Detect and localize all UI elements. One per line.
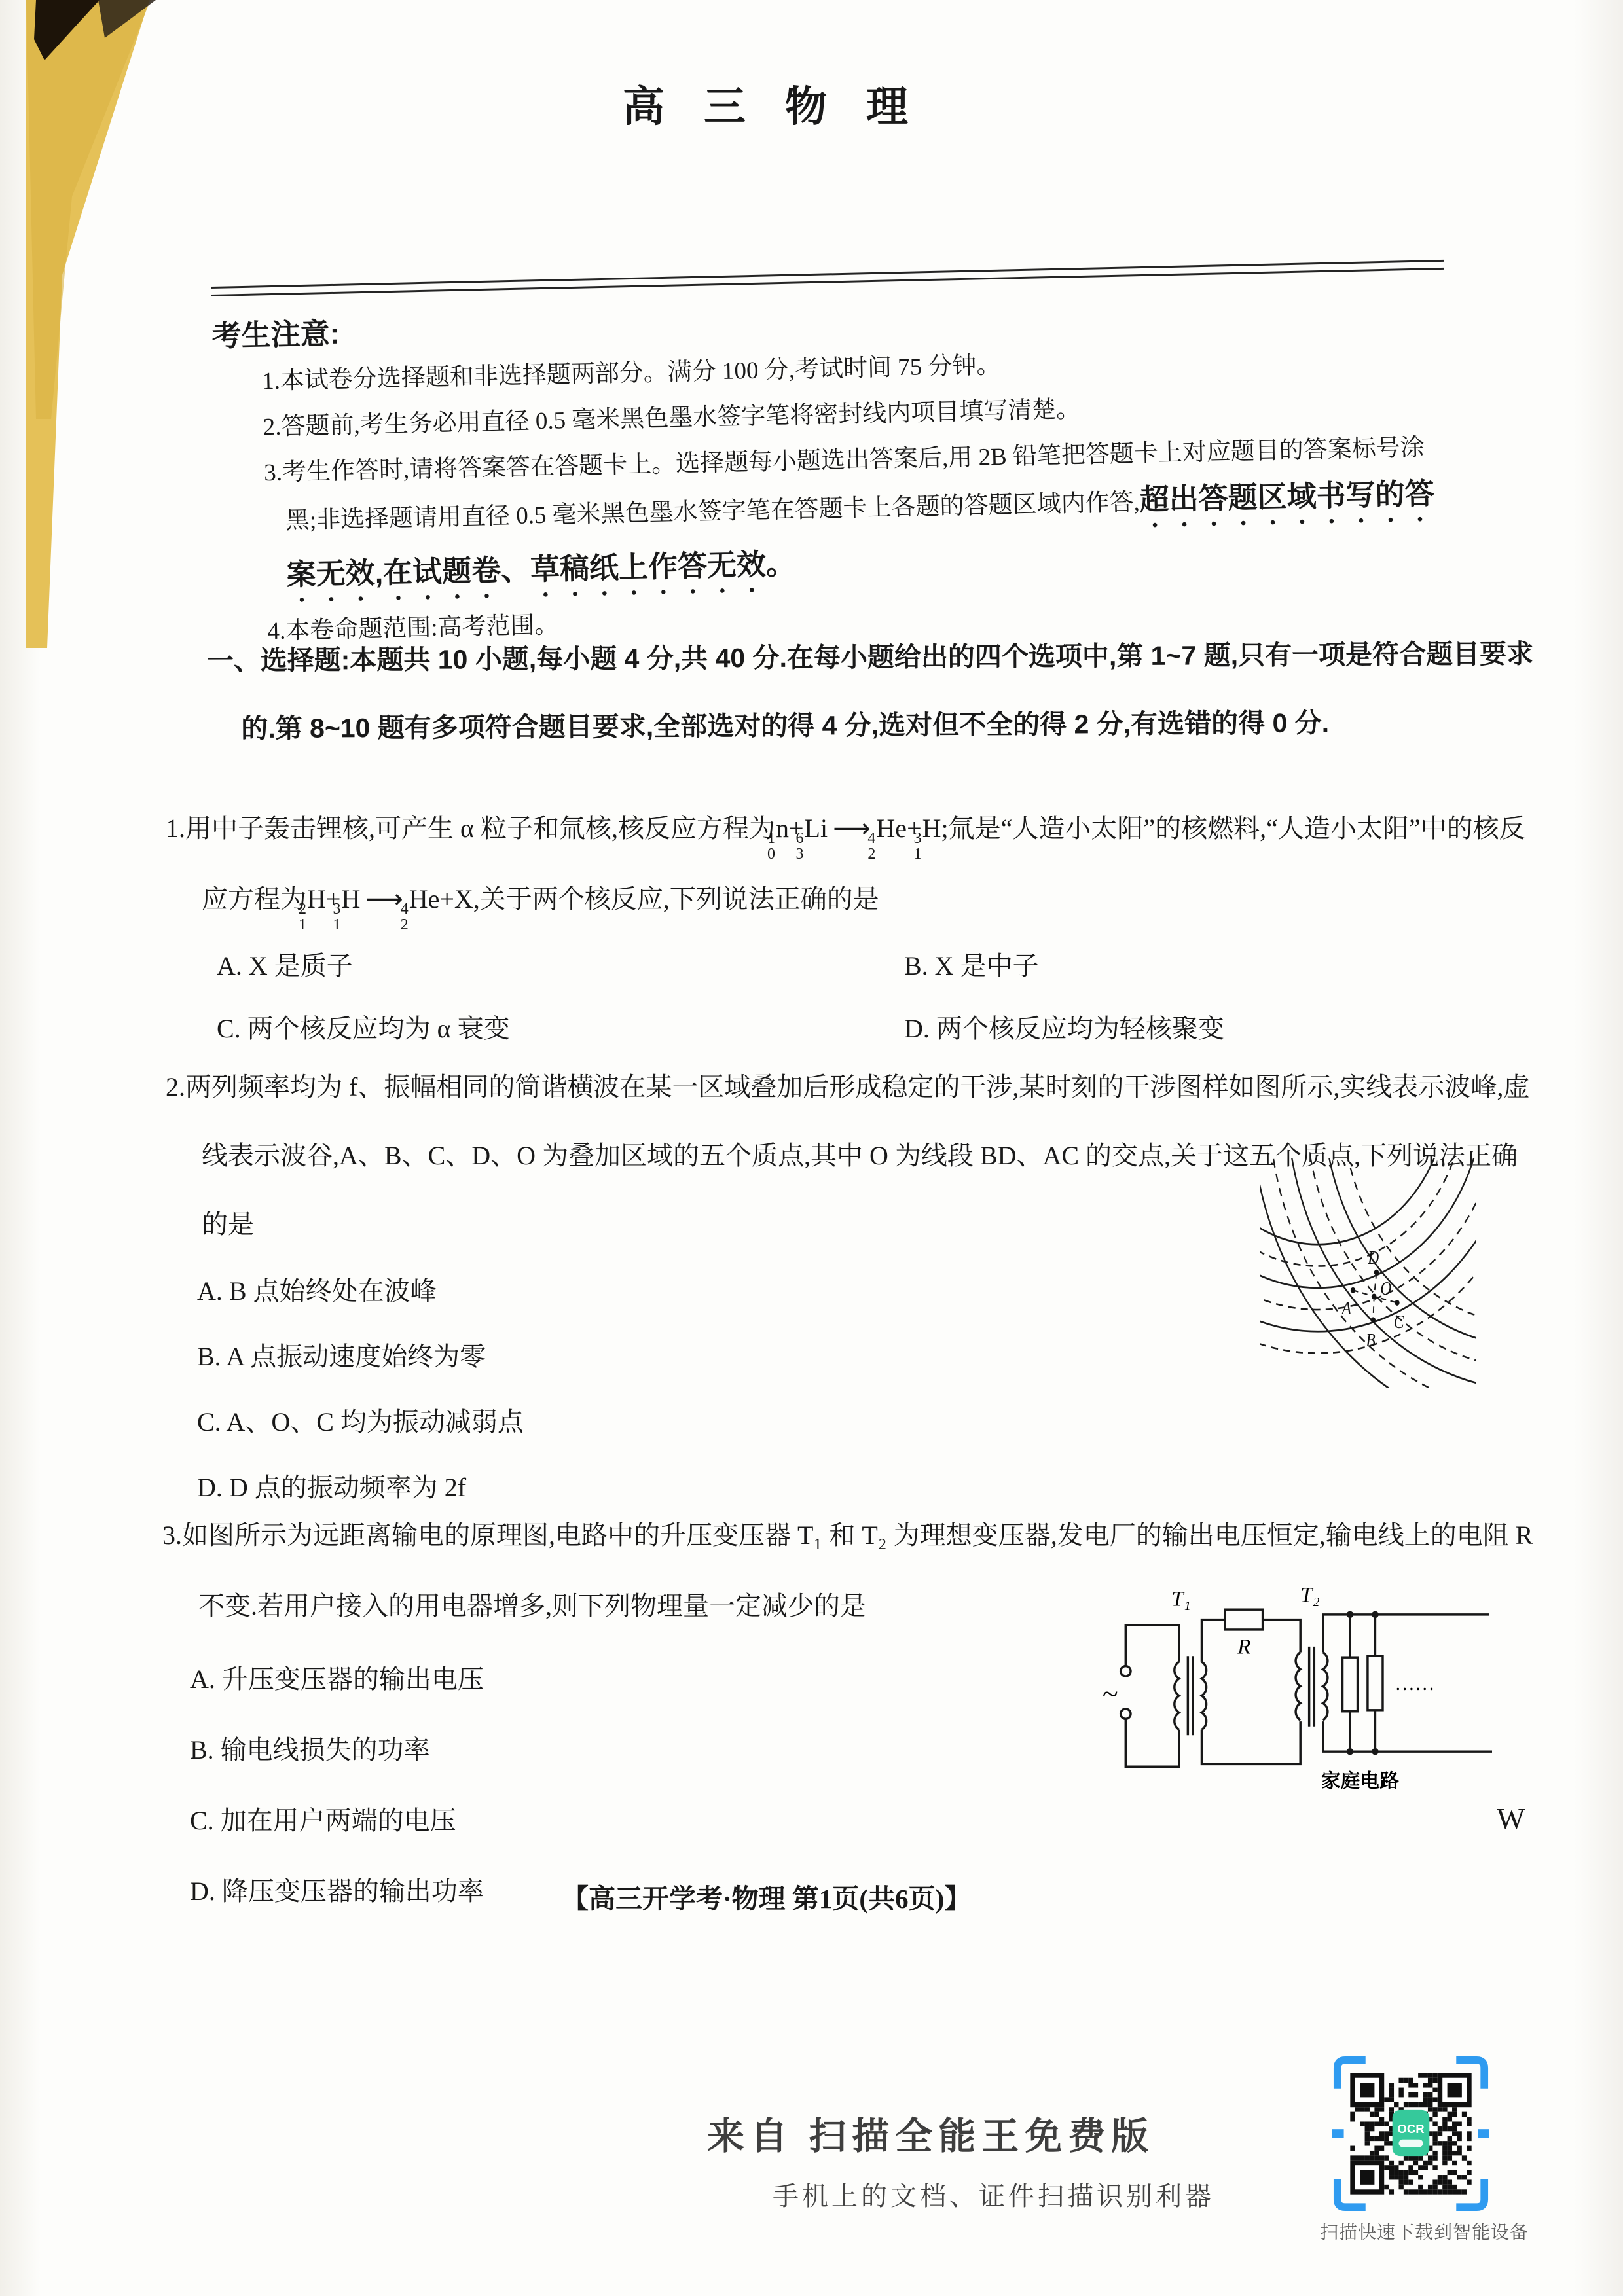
page-title: 高 三 物 理 [0,73,1545,134]
plus-sign: + [439,884,454,914]
nuclide-h2: 21H [306,884,326,914]
q1-option-b: B. X 是中子 [904,935,1039,997]
nuclide-symbol: He [876,814,907,843]
nuclide-n: 10n [775,814,789,843]
nuclide-h3: 31H [922,814,941,843]
nuclide-symbol: H [307,884,326,914]
transformer-t1-label: T₁ [1171,1587,1191,1611]
question-1-stem: 1.用中子轰击锂核,可产生 α 粒子和氚核,核反应方程为10n+63Li⟶42H… [166,793,1527,935]
point-label-o: O [1380,1278,1391,1299]
q1-stem-a: 1.用中子轰击锂核,可产生 α 粒子和氚核,核反应方程为 [166,814,775,843]
transformer-t2-label: T₂ [1300,1584,1320,1607]
nuclide-symbol: n [776,814,789,843]
nuclide-symbol: H [922,814,941,843]
question-1: 1.用中子轰击锂核,可产生 α 粒子和氚核,核反应方程为10n+63Li⟶42H… [166,793,1527,1060]
resistor-r-label: R [1237,1635,1250,1659]
watermark-scanner-subtitle: 手机上的文档、证件扫描识别利器 [773,2176,1214,2213]
q2-option-c: C. A、O、C 均为振动减弱点 [197,1390,1531,1455]
point-label-b: B [1366,1330,1376,1350]
circuit-wires [1121,1609,1492,1767]
question-1-options: A. X 是质子 B. X 是中子 C. 两个核反应均为 α 衰变 D. 两个核… [217,935,1527,1060]
option-row: A. X 是质子 B. X 是中子 [217,935,1527,997]
page-footer: 【高三开学考·物理 第1页(共6页)】 [562,1877,971,1916]
nuclide-he: 42He [875,814,907,843]
ellipsis-more-loads: …… [1395,1672,1434,1695]
qr-code: OCR [1332,2055,1489,2212]
qr-center-logo: OCR [1393,2110,1430,2156]
qr-logo-text: OCR [1397,2122,1424,2136]
power-transmission-circuit-diagram: T₁ T₂ R ~ …… 家庭电路 [1084,1564,1523,1803]
q1-option-a: A. X 是质子 [217,935,904,997]
unknown-particle-x: X [454,884,473,914]
q1-option-c: C. 两个核反应均为 α 衰变 [217,997,904,1060]
nuclide-symbol: He [409,884,440,914]
notice-section: 考生注意: 1.本试卷分选择题和非选择题两部分。满分 100 分,考试时间 75… [211,260,1457,656]
crest-arcs [1260,1158,1476,1388]
scanned-exam-page: 高 三 物 理 考生注意: 1.本试卷分选择题和非选择题两部分。满分 100 分… [0,0,1623,2296]
point-label-a: A [1341,1298,1351,1318]
notice-item-3-emphasis: 超出答题区域书写的答案无效,在试题卷、草稿纸上作答无效。 [286,476,1434,591]
nuclide-he: 42He [409,884,440,914]
notice-item-3: 3.考生作答时,请将答案答在答题卡上。选择题每小题选出答案后,用 2B 铅笔把答… [214,425,1456,610]
trough-arcs [1260,1158,1476,1388]
qr-caption: 扫描快速下载到智能设备 [1320,2218,1493,2244]
version-letter: W [1497,1801,1525,1836]
nuclide-h3: 31H [340,884,360,914]
scanner-qr-block: OCR 扫描快速下载到智能设备 [1329,2055,1493,2244]
point-label-d: D [1367,1247,1379,1268]
q1-stem-c: ,关于两个核反应,下列说法正确的是 [473,884,879,914]
q1-option-d: D. 两个核反应均为轻核聚变 [904,997,1224,1060]
ac-source-symbol: ~ [1103,1678,1118,1710]
household-circuit-label: 家庭电路 [1321,1770,1399,1792]
nuclide-li: 63Li [804,814,828,843]
nuclide-symbol: Li [805,814,828,843]
wave-interference-diagram: D O A B C [1260,1158,1476,1388]
section-1-intro: 一、选择题:本题共 10 小题,每小题 4 分,共 40 分.在每小题给出的四个… [206,620,1561,763]
point-label-c: C [1394,1312,1404,1332]
nuclide-symbol: H [341,884,360,914]
option-row: C. 两个核反应均为 α 衰变 D. 两个核反应均为轻核聚变 [217,997,1527,1060]
junction-dots [1347,1611,1379,1755]
watermark-scanner-title: 来自 扫描全能王免费版 [707,2106,1154,2160]
